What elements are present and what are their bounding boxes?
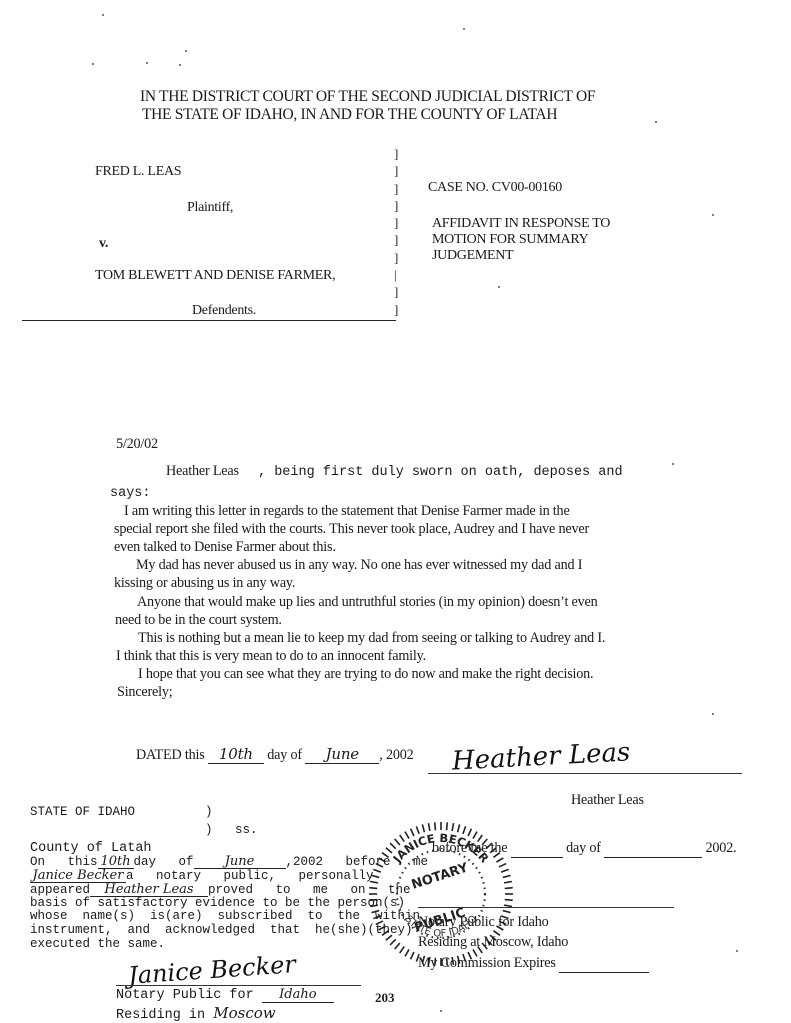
residing-field[interactable]: Moscow [213,1004,275,1022]
ack-on-this: On this [30,855,98,869]
ack-line-6: instrument, and acknowledged that he(she… [30,924,413,937]
scan-speck [712,214,714,216]
venue-county: County of Latah [30,842,152,855]
affiant-printed-name: Heather Leas [571,792,644,809]
affiant-signature[interactable]: Heather Leas [451,737,631,776]
body-line-1: I am writing this letter in regards to t… [124,503,570,520]
oath-text: , being first duly sworn on oath, depose… [258,465,623,480]
body-line-6: Anyone that would make up lies and untru… [137,594,598,611]
notary-public-for: Notary Public for Idaho [116,987,334,1003]
page-number: 203 [375,990,395,1006]
venue-state: STATE OF IDAHO [30,806,135,819]
dated-year: , 2002 [379,747,413,763]
notary-for-field[interactable]: Idaho [262,987,334,1003]
ack-line-7: executed the same. [30,938,165,951]
notary-for-label: Notary Public for [116,988,254,1003]
affidavit-title-line1: AFFIDAVIT IN RESPONSE TO [432,216,610,232]
scan-speck [736,950,738,952]
body-line-5: kissing or abusing us in any way. [114,575,295,592]
scan-speck [712,713,714,715]
subscribed-day-field[interactable] [511,840,563,858]
subscribed-month-field[interactable] [604,840,702,858]
defendants-names: TOM BLEWETT AND DENISE FARMER, [95,268,335,284]
body-line-11: Sincerely; [117,684,173,701]
scan-speck [102,14,104,16]
plaintiff-label: Plaintiff, [187,200,233,216]
ack-day-of: day of [134,855,194,869]
affiant-signature-line [428,773,742,774]
affidavit-title-line2: MOTION FOR SUMMARY [432,232,610,248]
commission-field[interactable] [559,955,649,973]
scan-speck [179,64,181,66]
ack-line-2: Janice Beckera notary public, personally [30,869,374,883]
dated-month-field[interactable]: June [305,745,379,764]
affidavit-title: AFFIDAVIT IN RESPONSE TO MOTION FOR SUMM… [432,216,610,264]
ack-line-5: whose name(s) is(are) subscribed to the … [30,910,420,923]
versus: v. [99,236,108,252]
caption-rule [22,320,396,321]
affidavit-date: 5/20/02 [116,436,158,453]
caption-bracket: ] ] ] ] ] ] ] | ] ] [394,145,398,318]
scan-speck [440,1010,442,1012]
body-line-8: This is nothing but a mean lie to keep m… [138,630,605,647]
notary-signature-line [116,985,361,986]
scan-speck [498,286,500,288]
plaintiff-name: FRED L. LEAS [95,164,181,180]
case-number: CASE NO. CV00-00160 [428,180,562,196]
scan-speck [672,463,674,465]
court-header-line2: THE STATE OF IDAHO, IN AND FOR THE COUNT… [140,106,595,124]
affiant-name: Heather Leas [166,463,239,480]
body-line-2: special report she filed with the courts… [114,521,589,538]
body-line-9: I think that this is very mean to do to … [116,648,426,665]
venue-ss: ) ss. [205,824,258,837]
dated-middle: day of [267,747,302,763]
venue-paren-1: ) [205,806,213,819]
body-line-7: need to be in the court system. [115,612,282,629]
body-line-10: I hope that you can see what they are tr… [138,666,593,683]
dated-day-field[interactable]: 10th [208,745,264,764]
subscribed-year: 2002. [705,840,736,856]
court-header-line1: IN THE DISTRICT COURT OF THE SECOND JUDI… [140,88,595,106]
svg-text:JANICE BECKER: JANICE BECKER [390,831,492,866]
seal-name: JANICE BECKER [390,831,492,866]
notary-residing: Residing in Moscow [116,1004,276,1023]
affidavit-title-line3: JUDGEMENT [432,248,610,264]
scan-speck [463,28,465,30]
notary-seal-icon: JANICE BECKER NOTARY PUBLIC STATE OF IDA… [367,820,515,968]
scan-speck [655,121,657,123]
scan-speck [92,63,94,65]
notary-signature[interactable]: Janice Becker [127,950,296,990]
seal-center-top: NOTARY [410,860,471,893]
court-header: IN THE DISTRICT COURT OF THE SECOND JUDI… [140,88,595,124]
ack-month-field[interactable]: June [194,855,286,869]
body-line-3: even talked to Denise Farmer about this. [114,539,336,556]
ack-notary-public-text: a notary public, personally [126,869,374,883]
defendants-label: Defendents. [192,303,256,319]
residing-label: Residing in [116,1008,205,1023]
dated-prefix: DATED this [136,747,205,763]
ack-appeared: appeared [30,883,90,897]
scan-speck [146,62,148,64]
body-line-4: My dad has never abused us in any way. N… [136,557,582,574]
subscribed-day-of: day of [566,840,601,856]
scan-speck [185,50,187,52]
says-label: says: [110,486,151,501]
dated-line: DATED this 10th day of June, 2002 [136,745,414,764]
